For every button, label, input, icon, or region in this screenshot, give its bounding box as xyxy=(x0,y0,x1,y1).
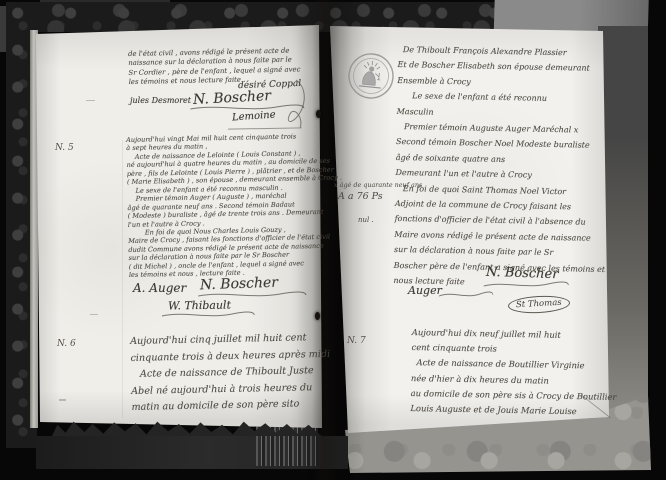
margin-note: nul . xyxy=(358,216,374,224)
signature-flourish xyxy=(160,311,256,319)
act-7-text-block: Aujourd'hui dix neuf juillet mil huitcen… xyxy=(410,325,612,420)
register-book-scan: de l'état civil , avons rédigé le présen… xyxy=(0,0,666,480)
signature: A. Auger xyxy=(133,281,186,295)
pencil-mark xyxy=(86,100,95,101)
signature: N. Boscher xyxy=(486,265,559,283)
margin-number-6: N. 6 xyxy=(57,339,76,349)
signature: Auger xyxy=(408,284,442,297)
seal-stamp-icon xyxy=(345,50,398,103)
binding-thread-dot-bottom xyxy=(315,312,320,320)
act-6-text-block: Aujourd'hui cinq juillet mil huit centci… xyxy=(130,330,328,417)
margin-number-5: N. 5 xyxy=(55,143,74,153)
pencil-annotation: t.y xyxy=(545,18,559,31)
signature-paraph xyxy=(282,78,310,130)
act-5-text-block: Aujourd'hui vingt Mai mil huit cent cinq… xyxy=(126,132,325,280)
pencil-mark xyxy=(90,314,98,315)
margin-note: A a 76 Ps xyxy=(338,191,383,202)
act-6-continued-text-block: De Thiboult François Alexandre PlassierE… xyxy=(393,42,604,292)
margin-number-7: N. 7 xyxy=(347,336,366,346)
pencil-mark xyxy=(59,399,66,401)
binding-thread-dot-top xyxy=(316,110,321,118)
signature-flourish xyxy=(438,291,494,299)
signature: jules Desmoret xyxy=(130,96,191,105)
signature-flourish xyxy=(482,281,570,289)
margin-note: x âgé de quarante neuf ans xyxy=(334,181,422,189)
margin-fold-line xyxy=(122,140,123,418)
